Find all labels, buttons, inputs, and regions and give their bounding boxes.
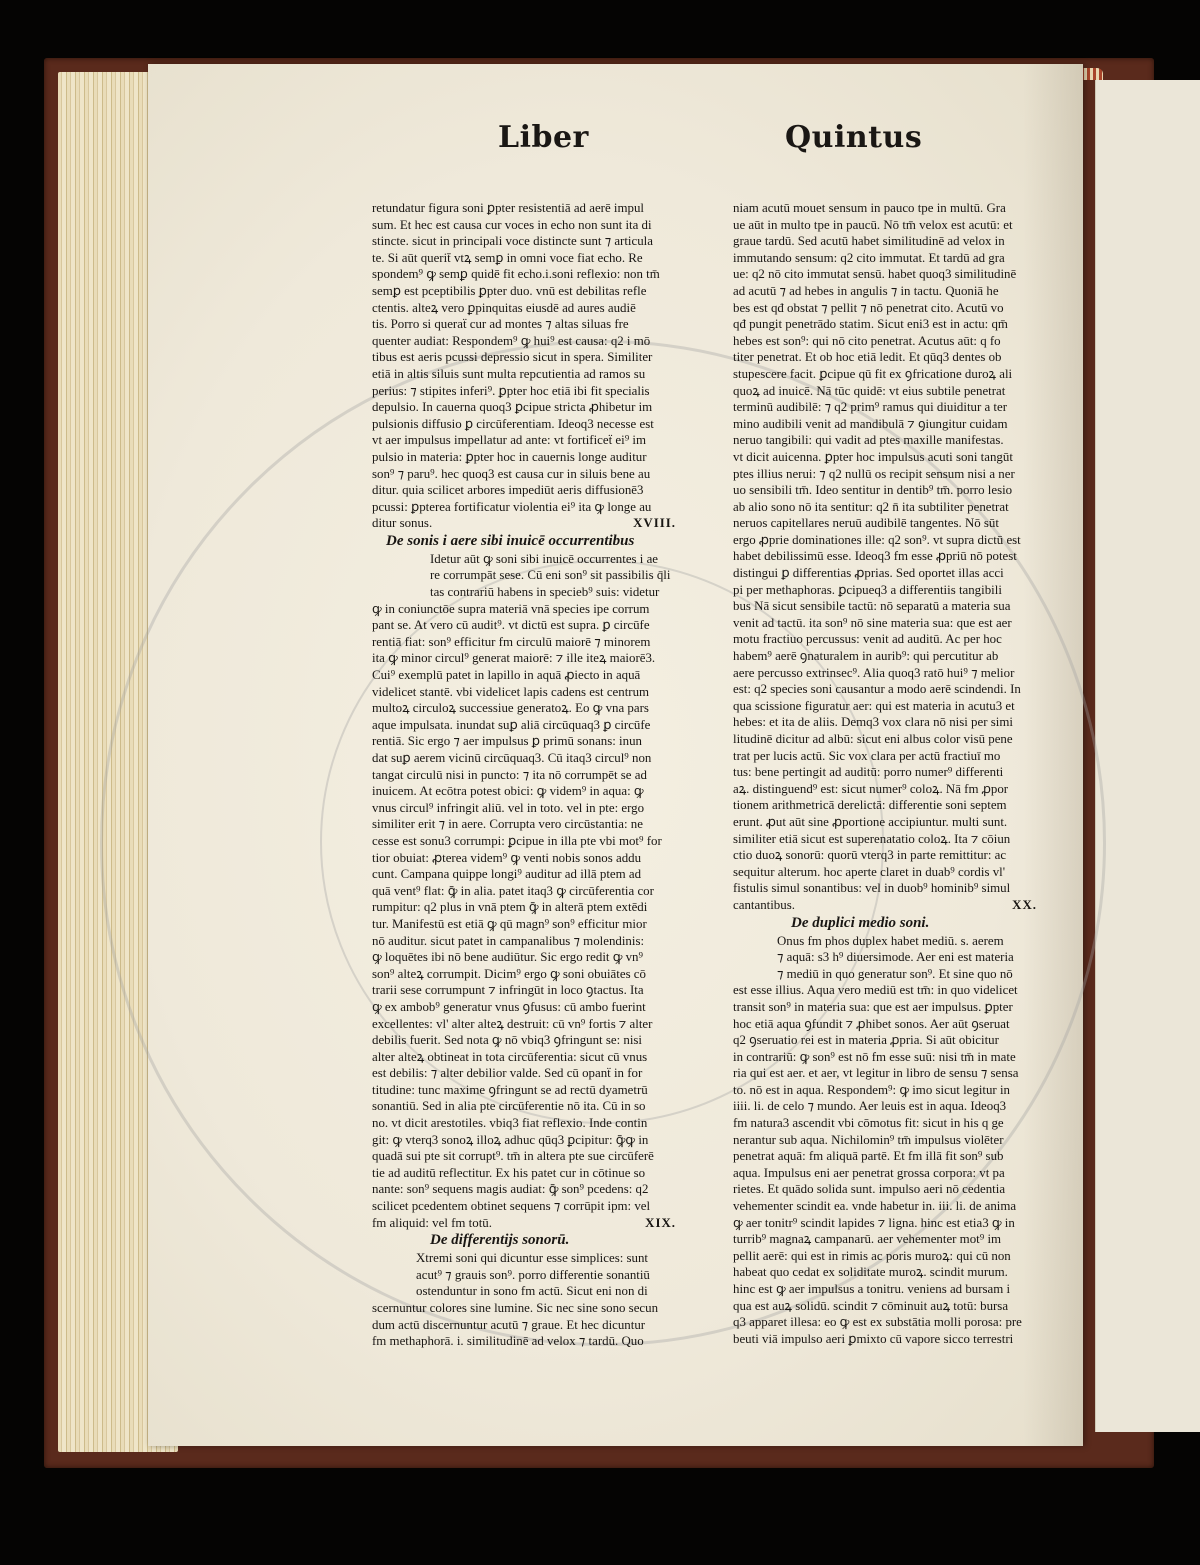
text-line: neruo tangibili: qui vadit ad ptes maxil… xyxy=(733,432,1045,449)
text-line: stupescere facit. ꝑcipue qū fit ex ꝯfric… xyxy=(733,366,1045,383)
text-line: pulsio in materia: ꝑpter hoc in cauernis… xyxy=(372,449,684,466)
text-line: rietes. Et quādo solida sunt. impulso ae… xyxy=(733,1181,1045,1198)
text-line: habem⁹ aerē ꝯnaturalem in aurib⁹: qui pe… xyxy=(733,648,1045,665)
text-line: tangat circulū nisi in puncto: ⁊ ita nō … xyxy=(372,767,684,784)
text-line: vt aer impulsus impellatur ad ante: vt f… xyxy=(372,432,684,449)
text-line: nō auditur. sicut patet in campanalibus … xyxy=(372,933,684,950)
text-line: distingui ꝑ differentias ꝓprias. Sed opo… xyxy=(733,565,1045,582)
text-line: rumpitur: q2 plus in vnā ptem ꝙ̄ in alte… xyxy=(372,899,684,916)
text-line: pcussi: ꝑpterea fortificatur violentia e… xyxy=(372,499,684,516)
text-line: turrib⁹ magnaꝝ campanarū. aer vehementer… xyxy=(733,1231,1045,1248)
text-line: acut⁹ ⁊ grauis son⁹. porro differentie s… xyxy=(372,1267,684,1284)
text-line: vt dicit auicenna. ꝑpter hoc impulsus ac… xyxy=(733,449,1045,466)
text-line: git: ꝙ vterq3 sonoꝝ illoꝝ adhuc qūq3 ꝑci… xyxy=(372,1132,684,1149)
text-line: quoꝝ ad inuicē. Nā tūc quidē: vt eius su… xyxy=(733,383,1045,400)
text-line: nerantur sub aqua. Nichilomin⁹ tm̄ impul… xyxy=(733,1132,1045,1149)
text-line: pulsionis diffusio ꝑ circūferentiam. Ide… xyxy=(372,416,684,433)
text-line: motu fractiuo percussus: venit ad auditū… xyxy=(733,631,1045,648)
text-line: hoc etiā aqua ꝯfundit ⁊ ꝓhibet sonos. Ae… xyxy=(733,1016,1045,1033)
text-line: to. nō est in aqua. Respondem⁹: ꝙ imo si… xyxy=(733,1082,1045,1099)
text-line: tur. Manifestū est etiā ꝙ qū magn⁹ son⁹ … xyxy=(372,916,684,933)
text-line: multoꝝ circuloꝝ successiue generatoꝝ. Eo… xyxy=(372,700,684,717)
text-line: tibus est aeris pcussi depressio sicut i… xyxy=(372,349,684,366)
text-line: similiter etiā sicut est superenatatio c… xyxy=(733,831,1045,848)
text-line: ꝙ ex ambob⁹ generatur vnus ꝯfusus: cū am… xyxy=(372,999,684,1016)
text-line: in contrariū: ꝙ son⁹ est nō fm esse suū:… xyxy=(733,1049,1045,1066)
text-line: ostenduntur in sono fm actū. Sicut eni n… xyxy=(372,1283,684,1300)
text-line: scernuntur colores sine lumine. Sic nec … xyxy=(372,1300,684,1317)
text-line: tie ad auditū reflectitur. Ex his patet … xyxy=(372,1165,684,1182)
text-line: spondem⁹ ꝙ semꝑ quidē fit echo.i.soni re… xyxy=(372,266,684,283)
text-line: trat per lucis actū. Sic vox clara per a… xyxy=(733,748,1045,765)
text-line: litudinē dicitur ad albū: sicut eni albu… xyxy=(733,731,1045,748)
text-line: similiter erit ⁊ in aere. Corrupta vero … xyxy=(372,816,684,833)
text-line: ab alio sono nō ita sentitur: q2 n̄ ita … xyxy=(733,499,1045,516)
paragraph-block-indented: Onus fm phos duplex habet mediū. s. aere… xyxy=(733,933,1045,983)
text-line: tus: bene pertingit ad auditū: porro num… xyxy=(733,764,1045,781)
text-line: tior obuiat: ꝓterea videm⁹ ꝙ venti nobis… xyxy=(372,850,684,867)
text-line: fistulis simul sonantibus: vel in duob⁹ … xyxy=(733,880,1045,897)
paragraph-block: scernuntur colores sine lumine. Sic nec … xyxy=(372,1300,684,1350)
text-line: ꝙ in coniunctōe supra materiā vnā specie… xyxy=(372,601,684,618)
text-line: inuicem. At ecōtra potest obici: ꝙ videm… xyxy=(372,783,684,800)
text-line: qđ pungit penetrādo statim. Sicut eni3 e… xyxy=(733,316,1045,333)
text-line: tionem arithmetricā derelictā: different… xyxy=(733,797,1045,814)
text-line: tis. Porro si queraẗ cur ad montes ⁊ alt… xyxy=(372,316,684,333)
text-line: titer penetrat. Et ob hoc etiā ledit. Et… xyxy=(733,349,1045,366)
text-column-right: niam acutū mouet sensum in pauco tpe in … xyxy=(733,200,1045,1347)
paragraph-block: est esse illius. Aqua vero mediū est tm̄… xyxy=(733,982,1045,1347)
text-line: cunt. Campana quippe longi⁹ auditur ad i… xyxy=(372,866,684,883)
running-head-right: Quintus xyxy=(785,120,922,155)
paragraph-block: niam acutū mouet sensum in pauco tpe in … xyxy=(733,200,1045,914)
text-line: dat suꝑ aerem vicinū circūquaq3. Cū itaq… xyxy=(372,750,684,767)
text-line: ue aūt in multo tpe in paucū. Nō tm̄ vel… xyxy=(733,217,1045,234)
text-line: est: q2 species soni causantur a modo ae… xyxy=(733,681,1045,698)
text-line: ditur. quia scilicet arbores impediūt ae… xyxy=(372,482,684,499)
text-line: pi per methaphoras. ꝑcipueq3 a different… xyxy=(733,582,1045,599)
text-line: ria qui est aer. et aer, vt legitur in l… xyxy=(733,1065,1045,1082)
chapter-title-19: De differentijs sonorū. xyxy=(372,1231,684,1250)
text-line: videlicet stantē. vbi videlicet lapis ca… xyxy=(372,684,684,701)
text-line: graue tardū. Sed acutū habet similitudin… xyxy=(733,233,1045,250)
text-line: est esse illius. Aqua vero mediū est tm̄… xyxy=(733,982,1045,999)
text-line: Xtremi soni qui dicuntur esse simplices:… xyxy=(372,1250,684,1267)
paragraph-block-indented: Xtremi soni qui dicuntur esse simplices:… xyxy=(372,1250,684,1300)
text-line: aqua. Impulsus eni aer penetrat grossa c… xyxy=(733,1165,1045,1182)
text-line: qua scissione figuratur aer: qui est mat… xyxy=(733,698,1045,715)
text-line: retundatur figura soni ꝑpter resistentiā… xyxy=(372,200,684,217)
text-line: habeat quo cedat ex soliditate muroꝝ. sc… xyxy=(733,1264,1045,1281)
text-line: terminū audibilē: ⁊ q2 prim⁹ ramus qui d… xyxy=(733,399,1045,416)
text-line: venit ad tactū. ita son⁹ nō sine materia… xyxy=(733,615,1045,632)
text-line: cesse est sonu3 corrumpi: ꝑcipue in illa… xyxy=(372,833,684,850)
text-line: qua est auꝝ solidū. scindit ⁊ cōminuit a… xyxy=(733,1298,1045,1315)
text-line: hebes: et ita de aliis. Demq3 vox clara … xyxy=(733,714,1045,731)
text-line: quenter audiat: Respondem⁹ ꝙ hui⁹ est ca… xyxy=(372,333,684,350)
text-line: ita ꝙ minor circul⁹ generat maiorē: ⁊ il… xyxy=(372,650,684,667)
text-line: titudine: tunc maxime ꝯfringunt se ad re… xyxy=(372,1082,684,1099)
text-line: mino audibili venit ad mandibulā ⁊ ꝯiung… xyxy=(733,416,1045,433)
text-line: est debilis: ⁊ alter debilior valde. Sed… xyxy=(372,1065,684,1082)
running-head-left: Liber xyxy=(498,120,589,155)
text-line: no. vt dicit arestotiles. vbiq3 fiat ref… xyxy=(372,1115,684,1132)
text-line: Idetur aūt ꝙ soni sibi inuicē occurrente… xyxy=(372,551,684,568)
text-column-left: retundatur figura soni ꝑpter resistentiā… xyxy=(372,200,684,1350)
text-line: trarii sese corrumpunt ⁊ infringūt in lo… xyxy=(372,982,684,999)
text-line: rentiā fiat: son⁹ efficitur fm circulū m… xyxy=(372,634,684,651)
text-line: te. Si aūt querit̄ vtꝝ semꝑ in omni voce… xyxy=(372,250,684,267)
chapter-title-20: De duplici medio soni. xyxy=(733,914,1045,933)
text-line: vehementer scindit ea. vnde habetur in. … xyxy=(733,1198,1045,1215)
text-line: aere percusso extrinsec⁹. Alia quoq3 rat… xyxy=(733,665,1045,682)
text-line: aque impulsata. inundat suꝑ aliā circūqu… xyxy=(372,717,684,734)
text-line: vnus circul⁹ infringit aliū. vel in toto… xyxy=(372,800,684,817)
text-line: ergo ꝓprie dominationes ille: q2 son⁹. v… xyxy=(733,532,1045,549)
text-line: neruos capitellares neruū audibilē tange… xyxy=(733,515,1045,532)
text-line: bus Nā sicut sensibile tactū: nō separat… xyxy=(733,598,1045,615)
text-line: debilis fuerit. Sed nota ꝙ nō vbiq3 ꝯfri… xyxy=(372,1032,684,1049)
text-line: son⁹ ⁊ paru⁹. hec quoq3 est causa cur in… xyxy=(372,466,684,483)
text-line: Onus fm phos duplex habet mediū. s. aere… xyxy=(733,933,1045,950)
text-line: immutando sensum: q2 cito immutat. Et ta… xyxy=(733,250,1045,267)
text-line: ue: q2 nō cito immutat sensū. habet quoq… xyxy=(733,266,1045,283)
text-line: sum. Et hec est causa cur voces in echo … xyxy=(372,217,684,234)
text-line: ꝙ loquētes ibi nō bene audiūtur. Sic erg… xyxy=(372,949,684,966)
text-line: q2 ꝯseruatio rei est in materia ꝓpria. S… xyxy=(733,1032,1045,1049)
paragraph-block: retundatur figura soni ꝑpter resistentiā… xyxy=(372,200,684,532)
text-line: q3 apparet illesa: eo ꝙ est ex substātia… xyxy=(733,1314,1045,1331)
text-line: bes est qđ obstat ⁊ pellit ⁊ nō penetrat… xyxy=(733,300,1045,317)
text-line: perius: ⁊ stipites inferi⁹. ꝑpter hoc et… xyxy=(372,383,684,400)
text-line: transit son⁹ in materia sua: que est aer… xyxy=(733,999,1045,1016)
text-line: alter alteꝝ obtineat in tota circūferent… xyxy=(372,1049,684,1066)
text-line: Cui⁹ exemplū patet in lapillo in aquā ꝓi… xyxy=(372,667,684,684)
text-line: hinc est ꝙ aer impulsus a tonitru. venie… xyxy=(733,1281,1045,1298)
text-line: niam acutū mouet sensum in pauco tpe in … xyxy=(733,200,1045,217)
text-line: fm methaphorā. i. similitudinē ad velox … xyxy=(372,1333,684,1350)
text-line: uo sensibili tm̄. Ideo sentitur in denti… xyxy=(733,482,1045,499)
facing-page-edge xyxy=(1095,80,1200,1432)
text-line: rentiā. Sic ergo ⁊ aer impulsus ꝑ primū … xyxy=(372,733,684,750)
text-line: ⁊ aquā: s3 h⁹ diuersimode. Aer eni est m… xyxy=(733,949,1045,966)
text-line: hebes est son⁹: qui nō cito penetrat. Ac… xyxy=(733,333,1045,350)
text-line: tas contrariū habens in specieb⁹ suis: v… xyxy=(372,584,684,601)
text-line: habet debilissimū esse. Ideoq3 fm esse ꝓ… xyxy=(733,548,1045,565)
text-line: iiii. li. de celo ⁊ mundo. Aer leuis est… xyxy=(733,1098,1045,1115)
text-line: quadā sui pte sit corrupt⁹. tm̄ in alter… xyxy=(372,1148,684,1165)
text-line: excellentes: vl' alter alteꝝ destruit: c… xyxy=(372,1016,684,1033)
text-line: etiā in altis siluis sunt multa repcutie… xyxy=(372,366,684,383)
text-line: pellit aerē: qui est in rimis ac poris m… xyxy=(733,1248,1045,1265)
text-line: ꝙ aer tonitr⁹ scindit lapides ⁊ ligna. h… xyxy=(733,1215,1045,1232)
text-line: depulsio. In cauerna quoq3 ꝑcipue strict… xyxy=(372,399,684,416)
text-line: sonantiū. Sed in alia pte circūferentie … xyxy=(372,1098,684,1115)
text-line: scilicet pcedentem obtinet sequens ⁊ cor… xyxy=(372,1198,684,1215)
text-line: ctio duoꝝ sonorū: quorū vterq3 in parte … xyxy=(733,847,1045,864)
text-line: nante: son⁹ sequens magis audiat: ꝙ̄ son… xyxy=(372,1181,684,1198)
text-line: son⁹ alteꝝ corrumpit. Dicim⁹ ergo ꝙ soni… xyxy=(372,966,684,983)
text-line: beuti viā impulso aeri ꝑmixto cū vapore … xyxy=(733,1331,1045,1348)
text-line: penetrat aquā: fm aliquā partē. Et fm il… xyxy=(733,1148,1045,1165)
text-line: aꝝ. distinguend⁹ est: sicut numer⁹ coloꝝ… xyxy=(733,781,1045,798)
text-line: ctentis. alteꝝ vero ꝑpinquitas eiusdē ad… xyxy=(372,300,684,317)
text-line: stincte. sicut in principali voce distin… xyxy=(372,233,684,250)
text-line: re corrumpāt sese. Cū eni son⁹ sit passi… xyxy=(372,567,684,584)
text-line: ⁊ mediū in quo generatur son⁹. Et sine q… xyxy=(733,966,1045,983)
text-line: ptes illius nerui: ⁊ q2 nullū os recipit… xyxy=(733,466,1045,483)
text-line: pant se. At vero cū audit⁹. vt dictū est… xyxy=(372,617,684,634)
text-line: ad acutū ⁊ ad hebes in angulis ⁊ in tact… xyxy=(733,283,1045,300)
text-line: fm natura3 ascendit vbi cōmotus fit: sic… xyxy=(733,1115,1045,1132)
chapter-title-18: De sonis i aere sibi inuicē occurrentibu… xyxy=(372,532,684,551)
text-line: dum actū discernuntur acutū ⁊ graue. Et … xyxy=(372,1317,684,1334)
text-line: semꝑ est pceptibilis ꝑpter duo. vnū est … xyxy=(372,283,684,300)
text-line: sequitur alterum. hoc aperte claret in d… xyxy=(733,864,1045,881)
paragraph-block: Idetur aūt ꝙ soni sibi inuicē occurrente… xyxy=(372,551,684,1231)
text-line: erunt. ꝓut aūt sine ꝓportione accipiuntu… xyxy=(733,814,1045,831)
text-line: quā vent⁹ flat: ꝙ̄ in alia. patet itaq3 … xyxy=(372,883,684,900)
